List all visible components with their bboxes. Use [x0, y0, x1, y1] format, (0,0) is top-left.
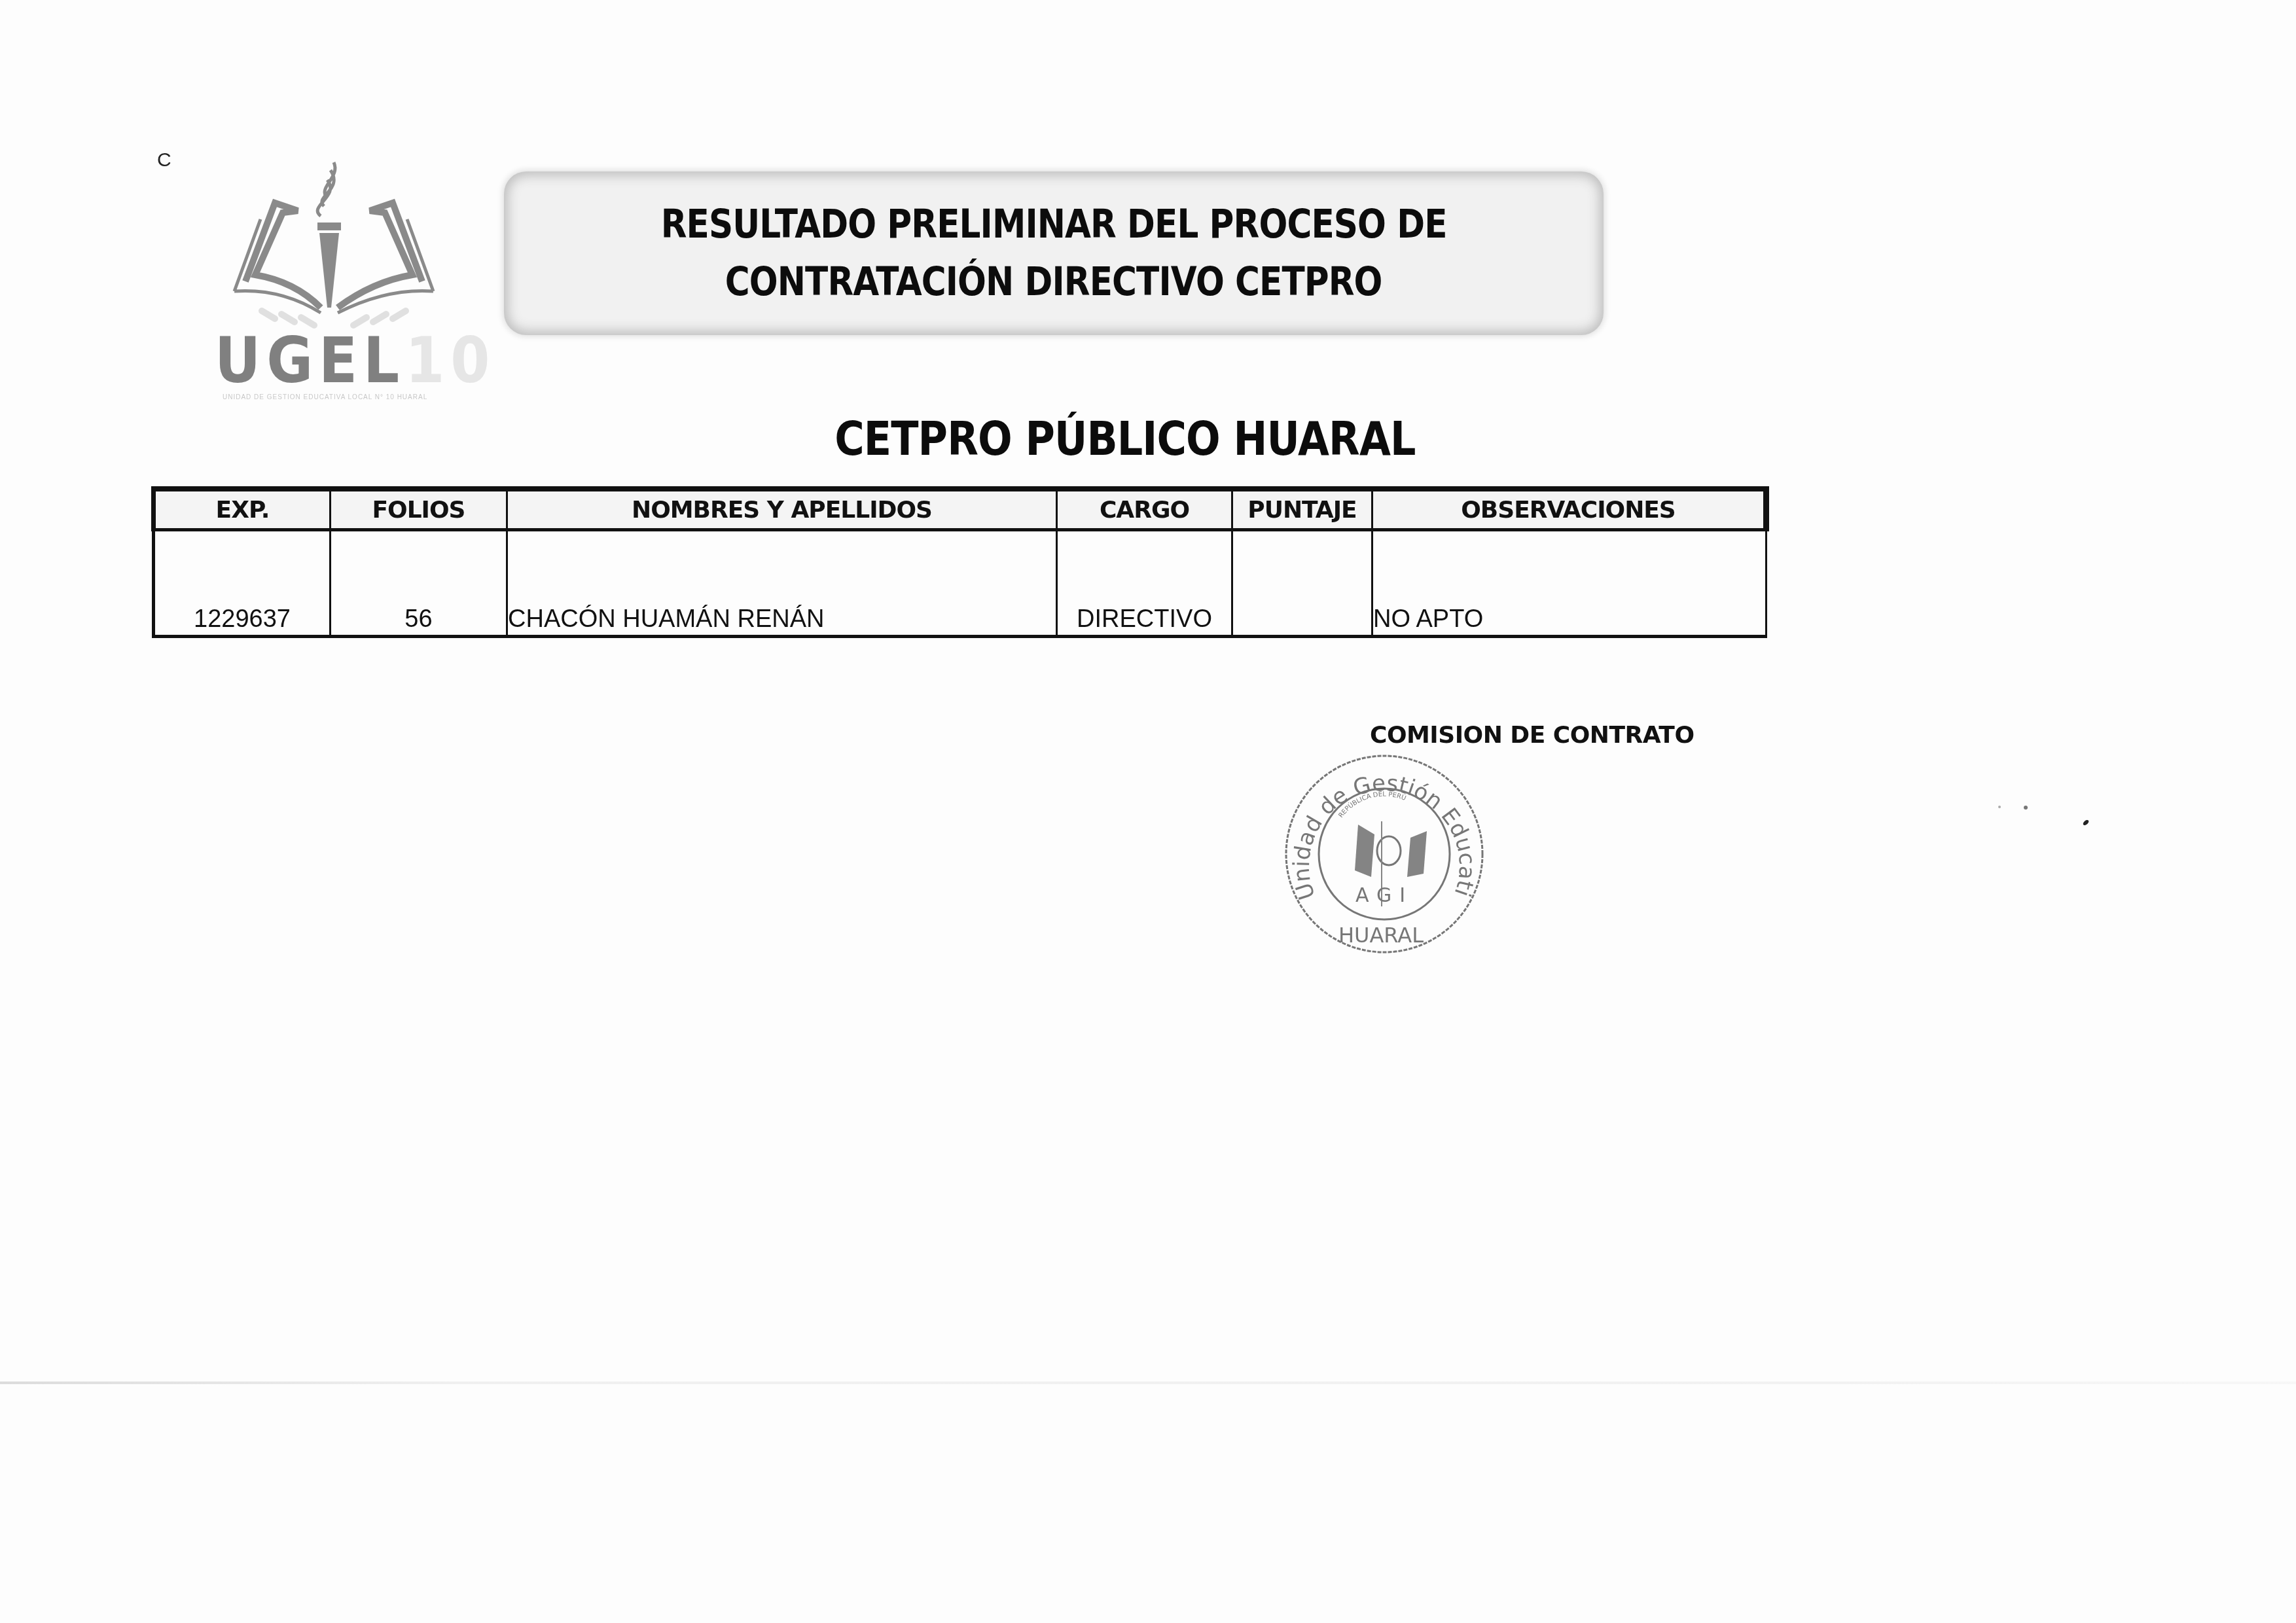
cell-nombres: CHACÓN HUAMÁN RENÁN: [507, 530, 1057, 637]
results-table: EXP. FOLIOS NOMBRES Y APELLIDOS CARGO PU…: [151, 486, 1769, 638]
cell-exp: 1229637: [154, 530, 331, 637]
scan-artifact-line: [0, 1382, 2296, 1384]
column-header-nombres: NOMBRES Y APELLIDOS: [507, 489, 1057, 530]
column-header-folios: FOLIOS: [331, 489, 507, 530]
section-title-text: CETPRO PÚBLICO HUARAL: [834, 411, 1415, 466]
column-header-cargo: CARGO: [1057, 489, 1232, 530]
stamp-center-text: AGI: [1355, 884, 1413, 907]
logo-subtitle: UNIDAD DE GESTIÓN EDUCATIVA LOCAL N° 10 …: [223, 394, 458, 401]
cell-folios: 56: [331, 530, 507, 637]
column-header-puntaje: PUNTAJE: [1232, 489, 1372, 530]
svg-text:Unidad de Gestión Educativa Lo: Unidad de Gestión Educativa Local: [1276, 746, 1480, 903]
cell-puntaje: [1232, 530, 1372, 637]
ugel-logo: UGEL10 UNIDAD DE GESTIÓN EDUCATIVA LOCAL…: [209, 151, 458, 399]
logo-number: 10: [405, 324, 495, 397]
cell-observaciones: NO APTO: [1372, 530, 1767, 637]
official-seal-icon: Unidad de Gestión Educativa Local REPÚBL…: [1276, 746, 1492, 962]
table-header-row: EXP. FOLIOS NOMBRES Y APELLIDOS CARGO PU…: [154, 489, 1767, 530]
column-header-observaciones: OBSERVACIONES: [1372, 489, 1767, 530]
stamp-outer-text: Unidad de Gestión Educativa Local: [1276, 746, 1480, 903]
corner-mark: C: [157, 149, 171, 171]
column-header-exp: EXP.: [154, 489, 331, 530]
stamp-bottom-text: HUARAL: [1338, 923, 1424, 948]
document-title-box: RESULTADO PRELIMINAR DEL PROCESO DE CONT…: [504, 171, 1604, 335]
scan-specks: [1983, 802, 2114, 841]
commission-signature-label: COMISION DE CONTRATO: [1370, 722, 1695, 749]
book-torch-logo-icon: [209, 151, 458, 334]
table-row: 1229637 56 CHACÓN HUAMÁN RENÁN DIRECTIVO…: [154, 530, 1767, 637]
section-title: CETPRO PÚBLICO HUARAL: [0, 411, 2296, 466]
document-title-line-1: RESULTADO PRELIMINAR DEL PROCESO DE: [661, 196, 1447, 253]
logo-wordmark: UGEL10: [215, 324, 495, 397]
document-title-line-2: CONTRATACIÓN DIRECTIVO CETPRO: [725, 253, 1382, 311]
cell-cargo: DIRECTIVO: [1057, 530, 1232, 637]
logo-name: UGEL: [215, 324, 405, 397]
